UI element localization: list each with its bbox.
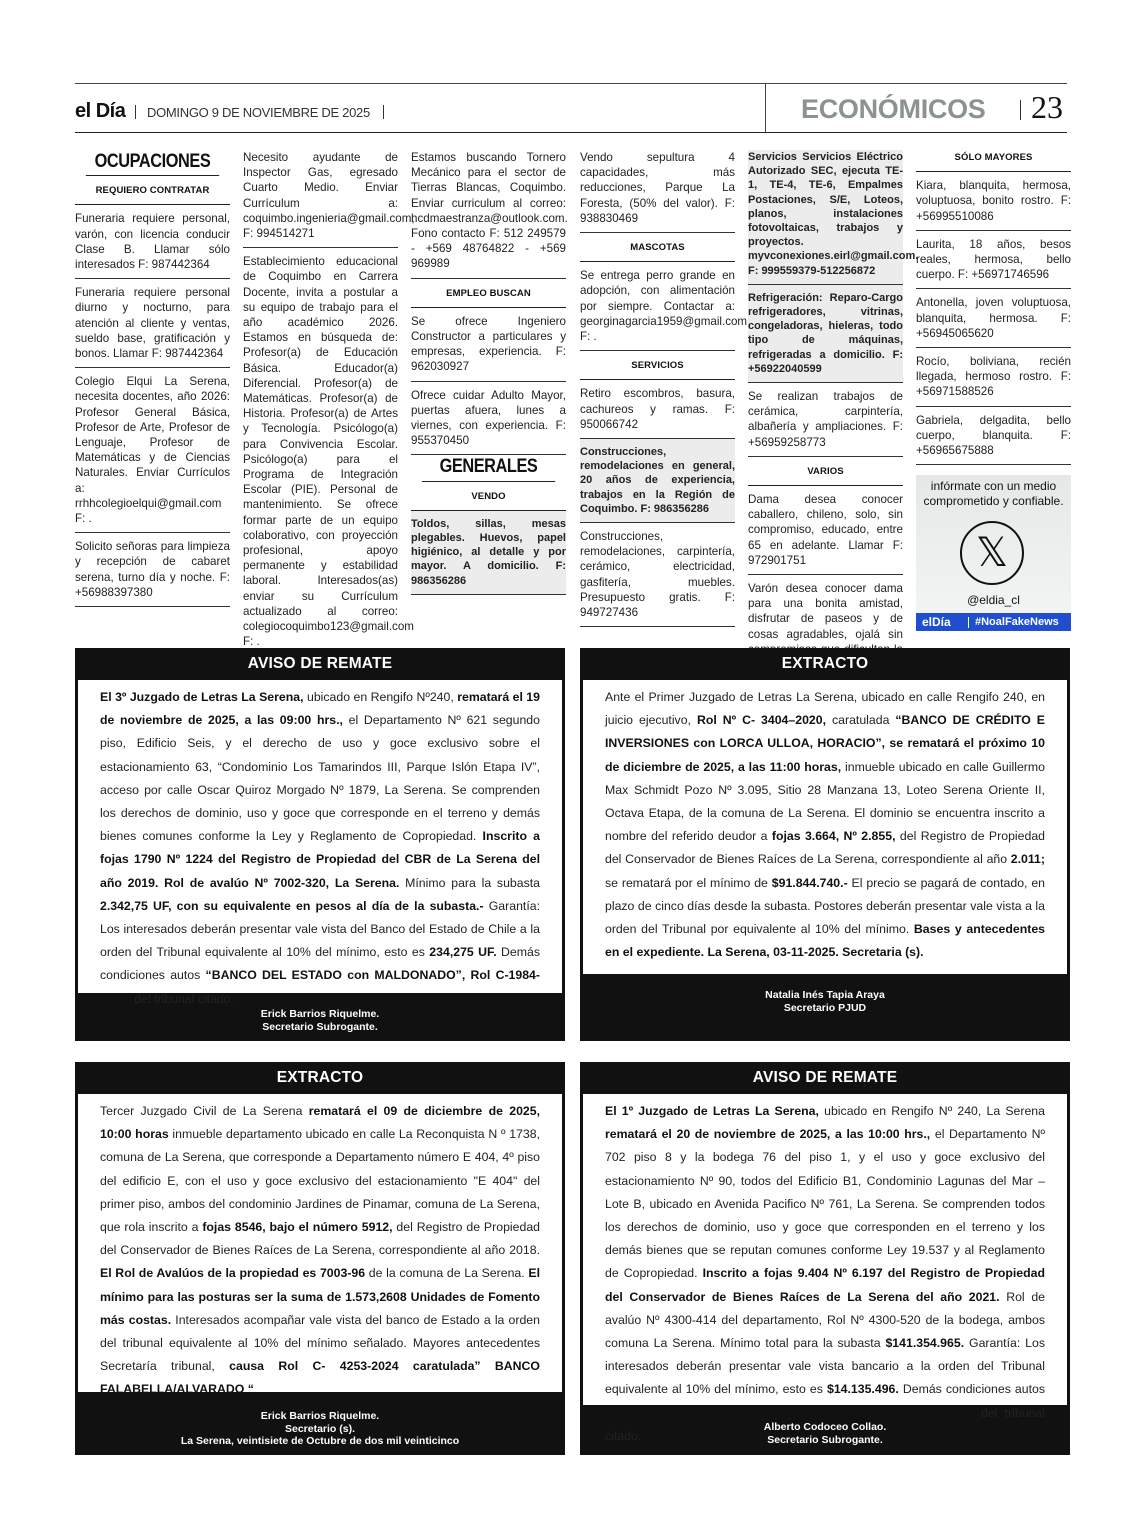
body-text: ubicado en Rengifo Nº 240, La Serena bbox=[819, 1104, 1045, 1118]
subcategory-vendo: VENDO bbox=[411, 482, 566, 511]
notice-title: AVISO DE REMATE bbox=[580, 1062, 1070, 1094]
classified-ad-highlighted: Construcciones, remodelaciones en genera… bbox=[580, 439, 735, 523]
classifieds-column-3: Estamos buscando Tornero Mecánico para e… bbox=[411, 150, 566, 595]
emphasized-text: $14.135.496. bbox=[827, 1382, 899, 1396]
classified-ad: Colegio Elqui La Serena, necesita docent… bbox=[75, 368, 230, 533]
classified-ad: Antonella, joven voluptuosa, blanquita, … bbox=[916, 289, 1071, 348]
section-title: ECONÓMICOS bbox=[801, 94, 986, 125]
signatory-name: Natalia Inés Tapia Araya bbox=[580, 989, 1070, 1002]
notice-title: AVISO DE REMATE bbox=[75, 648, 565, 680]
signatory-role: Secretario PJUD bbox=[580, 1002, 1070, 1015]
notice-body: Tercer Juzgado Civil de La Serena remata… bbox=[78, 1094, 562, 1392]
classified-ad: Estamos buscando Tornero Mecánico para e… bbox=[411, 150, 566, 279]
body-text: Mínimo para la subasta bbox=[399, 876, 540, 890]
classified-ad-highlighted: Toldos, sillas, mesas plegables. Huevos,… bbox=[411, 511, 566, 595]
notice-title: EXTRACTO bbox=[580, 648, 1070, 680]
classified-ad: Construcciones, remodelaciones, carpinte… bbox=[580, 523, 735, 627]
legal-notice-aviso-de-remate-1: AVISO DE REMATE El 3º Juzgado de Letras … bbox=[75, 648, 565, 1041]
brand-logo: el Día bbox=[75, 100, 125, 123]
legal-notice-extracto-1: EXTRACTO Ante el Primer Juzgado de Letra… bbox=[580, 648, 1070, 1041]
divider bbox=[765, 84, 766, 133]
category-title-ocupaciones: OCUPACIONES bbox=[86, 150, 219, 176]
classified-ad-highlighted: Refrigeración: Reparo-Cargo refrigerador… bbox=[748, 285, 903, 383]
emphasized-text: Rol Nº C- 3404–2020, bbox=[697, 713, 826, 727]
body-text: el Departamento Nº 621 segundo piso, Edi… bbox=[100, 713, 540, 843]
classifieds-column-4: Vendo sepultura 4 capacidades, más reduc… bbox=[580, 150, 735, 627]
classified-ad: Se ofrece Ingeniero Constructor a partic… bbox=[411, 308, 566, 382]
classified-ad: Gabriela, delgadita, bello cuerpo, blanq… bbox=[916, 407, 1071, 466]
promo-bar: elDía #NoalFakeNews bbox=[916, 613, 1071, 631]
divider bbox=[1020, 100, 1021, 120]
subcategory-solo-mayores: SÓLO MAYORES bbox=[916, 150, 1071, 172]
emphasized-text: El 1º Juzgado de Letras La Serena, bbox=[605, 1104, 819, 1118]
body-text: Tercer Juzgado Civil de La Serena bbox=[100, 1104, 309, 1118]
body-text: del tribunal citado. bbox=[131, 992, 234, 1006]
body-text: se rematará por el mínimo de bbox=[605, 876, 772, 890]
legal-notice-aviso-de-remate-2: AVISO DE REMATE El 1º Juzgado de Letras … bbox=[580, 1062, 1070, 1455]
subcategory-requiero-contratar: REQUIERO CONTRATAR bbox=[75, 176, 230, 205]
body-text: el Departamento Nº 702 piso 8 y la bodeg… bbox=[605, 1127, 1045, 1280]
classified-ad: Laurita, 18 años, besos reales, hermosa,… bbox=[916, 231, 1071, 290]
masthead: el Día DOMINGO 9 DE NOVIEMBRE DE 2025 EC… bbox=[75, 83, 1067, 133]
emphasized-text: 2.342,75 UF, con su equivalente en pesos… bbox=[100, 899, 484, 913]
emphasized-text: fojas 3.664, Nº 2.855, bbox=[772, 829, 896, 843]
notice-body: El 1º Juzgado de Letras La Serena, ubica… bbox=[583, 1094, 1067, 1405]
subcategory-servicios: SERVICIOS bbox=[580, 351, 735, 380]
page-number: 23 bbox=[1031, 89, 1063, 126]
classified-ad: Rocío, boliviana, recién llegada, hermos… bbox=[916, 348, 1071, 407]
classified-ad: Funeraria requiere personal diurno y noc… bbox=[75, 279, 230, 368]
divider bbox=[383, 105, 384, 119]
classifieds-column-2: Necesito ayudante de Inspector Gas, egre… bbox=[243, 150, 398, 657]
promo-text: infórmate con un medio comprometido y co… bbox=[916, 475, 1071, 509]
notice-place-date: La Serena, veintisiete de Octubre de dos… bbox=[75, 1435, 565, 1448]
emphasized-text: 2.011; bbox=[1011, 852, 1045, 866]
signatory-name: Erick Barrios Riquelme. bbox=[75, 1410, 565, 1423]
signatory-role: Secretario Subrogante. bbox=[75, 1021, 565, 1034]
category-title-generales: GENERALES bbox=[422, 455, 555, 481]
x-logo-icon: 𝕏 bbox=[960, 521, 1024, 585]
notice-signature: Natalia Inés Tapia Araya Secretario PJUD bbox=[580, 974, 1070, 1014]
body-text: caratulada bbox=[826, 713, 895, 727]
divider bbox=[135, 105, 136, 119]
body-text: Demás condiciones autos bbox=[899, 1382, 1045, 1396]
emphasized-text: 234,275 UF. bbox=[429, 945, 496, 959]
signatory-role: Secretario (s). bbox=[75, 1423, 565, 1436]
classified-ad: Funeraria requiere personal, varón, con … bbox=[75, 205, 230, 279]
subcategory-empleo-buscan: EMPLEO BUSCAN bbox=[411, 279, 566, 308]
classified-ad: Se realizan trabajos de cerámica, carpin… bbox=[748, 383, 903, 457]
body-text: inmueble departamento ubicado en calle L… bbox=[100, 1127, 540, 1234]
emphasized-text: El 3º Juzgado de Letras La Serena, bbox=[100, 690, 304, 704]
classified-ad: Necesito ayudante de Inspector Gas, egre… bbox=[243, 150, 398, 248]
classified-ad: Retiro escombros, basura, cachureos y ra… bbox=[580, 380, 735, 439]
brand-logo: elDía bbox=[916, 613, 966, 631]
emphasized-text: fojas 8546, bajo el número 5912, bbox=[202, 1220, 392, 1234]
divider bbox=[968, 617, 969, 628]
classified-ad: Ofrece cuidar Adulto Mayor, puertas afue… bbox=[411, 382, 566, 456]
notice-body: Ante el Primer Juzgado de Letras La Sere… bbox=[583, 680, 1067, 974]
emphasized-text: El Rol de Avalúos de la propiedad es 700… bbox=[100, 1266, 365, 1280]
social-handle[interactable]: @eldia_cl bbox=[916, 593, 1071, 608]
social-promo-box[interactable]: infórmate con un medio comprometido y co… bbox=[916, 475, 1071, 631]
subcategory-mascotas: MASCOTAS bbox=[580, 233, 735, 262]
emphasized-text: $91.844.740.- bbox=[772, 876, 848, 890]
body-text: ubicado en Rengifo Nº240, bbox=[304, 690, 458, 704]
issue-date: DOMINGO 9 DE NOVIEMBRE DE 2025 bbox=[147, 105, 370, 120]
body-text: de la comuna de La Serena. bbox=[365, 1266, 528, 1280]
classified-ad: Solicito señoras para limpieza y recepci… bbox=[75, 533, 230, 607]
classified-ad-highlighted: Servicios Servicios Eléctrico Autorizado… bbox=[748, 150, 903, 285]
hashtag: #NoalFakeNews bbox=[975, 613, 1059, 631]
classified-ad: Vendo sepultura 4 capacidades, más reduc… bbox=[580, 150, 735, 233]
subcategory-varios: VARIOS bbox=[748, 457, 903, 486]
classifieds-column-5: Servicios Servicios Eléctrico Autorizado… bbox=[748, 150, 903, 679]
notice-body: El 3º Juzgado de Letras La Serena, ubica… bbox=[78, 680, 562, 993]
classified-ad: Se entrega perro grande en adopción, con… bbox=[580, 262, 735, 351]
classifieds-column-6: SÓLO MAYORES Kiara, blanquita, hermosa, … bbox=[916, 150, 1071, 631]
emphasized-text: $141.354.965. bbox=[885, 1336, 964, 1350]
emphasized-text: rematará el 20 de noviembre de 2025, a l… bbox=[605, 1127, 930, 1141]
legal-notice-extracto-2: EXTRACTO Tercer Juzgado Civil de La Sere… bbox=[75, 1062, 565, 1455]
classified-ad: Kiara, blanquita, hermosa, voluptuosa, b… bbox=[916, 172, 1071, 231]
notice-title: EXTRACTO bbox=[75, 1062, 565, 1094]
emphasized-text: “BANCO DEL ESTADO con INOSTROZA”, Rol C-… bbox=[605, 1406, 974, 1420]
classifieds-column-1: OCUPACIONES REQUIERO CONTRATAR Funeraria… bbox=[75, 150, 230, 607]
signatory-role: Secretario Subrogante. bbox=[580, 1434, 1070, 1447]
classified-ad: Dama desea conocer caballero, chileno, s… bbox=[748, 486, 903, 575]
classified-ad: Establecimiento educacional de Coquimbo … bbox=[243, 248, 398, 656]
